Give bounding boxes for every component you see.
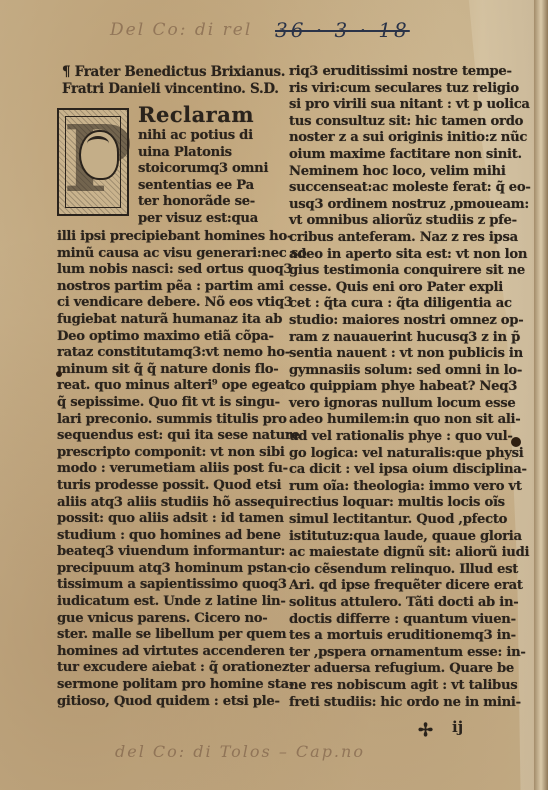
text-line: modo : verumetiam aliis post fu- bbox=[57, 461, 306, 478]
text-line: rum oĩa: theologia: immo vero vt bbox=[289, 479, 531, 496]
text-beside-initial: nihi ac potius di uina Platonis stoicoru… bbox=[138, 128, 268, 228]
text-line: riq3 eruditissimi nostre tempe- bbox=[289, 64, 531, 81]
text-line: succenseat:ac moleste ferat: q̃ eo- bbox=[289, 180, 531, 197]
text-line: cio cẽsendum relinquo. Illud est bbox=[289, 562, 531, 579]
page-edge bbox=[534, 0, 548, 790]
text-line: reat. quo minus alteri⁹ ope egeat bbox=[57, 378, 306, 395]
heading-line: ¶ Frater Benedictus Brixianus. bbox=[62, 64, 285, 81]
text-line: illi ipsi precipiebant homines ho- bbox=[57, 229, 306, 246]
text-line: si pro virili sua nitant : vt p uolica bbox=[289, 97, 531, 114]
text-line: stoicorumq3 omni bbox=[138, 161, 268, 178]
left-column-text: illi ipsi precipiebant homines ho- minũ … bbox=[57, 229, 306, 710]
text-line: istitutuz:qua laude, quaue gloria bbox=[289, 529, 531, 546]
text-line: fugiebat naturã humanaz ita ab bbox=[57, 312, 306, 329]
portrait-icon bbox=[79, 130, 119, 180]
text-line: per visuz est:qua bbox=[138, 211, 268, 228]
text-line: sermone politam pro homine sta- bbox=[57, 677, 306, 694]
text-line: sentia nauent : vt non publicis in bbox=[289, 346, 531, 363]
worm-hole bbox=[511, 437, 521, 447]
text-line: solitus attulero. Tãti docti ab in- bbox=[289, 595, 531, 612]
text-line: iudicatum est. Unde z latine lin- bbox=[57, 594, 306, 611]
text-line: gitioso, Quod quidem : etsi ple- bbox=[57, 694, 306, 711]
text-line: cet : q̃ta cura : q̃ta diligentia ac bbox=[289, 296, 531, 313]
text-line: ne res nobiscum agit : vt talibus bbox=[289, 678, 531, 695]
text-line: nostros partim pẽa : partim ami bbox=[57, 279, 306, 296]
text-line: ac maiestate dignũ sit: aliorũ iudi bbox=[289, 545, 531, 562]
text-line: turis prodesse possit. Quod etsi bbox=[57, 478, 306, 495]
text-line: doctis differre : quantum viuen- bbox=[289, 612, 531, 629]
text-line: minum sit q̃ q̃ nature donis flo- bbox=[57, 362, 306, 379]
heading-line: Fratri Danieli vincentino. S.D. bbox=[62, 81, 285, 98]
text-line: ci vendicare debere. Nõ eos vtiq3 bbox=[57, 295, 306, 312]
text-line: beateq3 viuendum informantur: bbox=[57, 544, 306, 561]
text-line: vt omnibus aliorũz studiis z pfe- bbox=[289, 213, 531, 230]
text-line: nihi ac potius di bbox=[138, 128, 268, 145]
text-line: ud vel rationalis phye : quo vul- bbox=[289, 429, 531, 446]
text-line: cribus anteferam. Naz z res ipsa bbox=[289, 230, 531, 247]
text-line: tus consultuz sit: hic tamen ordo bbox=[289, 114, 531, 131]
text-line: ris viri:cum seculares tuz religio bbox=[289, 81, 531, 98]
text-line: sententias ee Pa bbox=[138, 178, 268, 195]
text-line: ter aduersa refugium. Quare be bbox=[289, 661, 531, 678]
text-line: usq3 ordinem nostruz ,pmoueam: bbox=[289, 197, 531, 214]
text-line: Ari. qd ipse frequẽter dicere erat bbox=[289, 578, 531, 595]
text-line: gue vnicus parens. Cicero no- bbox=[57, 611, 306, 628]
cross-ornament-icon: ✢ bbox=[418, 720, 433, 741]
struck-shelfmark: 36 · 3 · 18 bbox=[275, 18, 410, 42]
text-line: prescripto componit: vt non sibi bbox=[57, 445, 306, 462]
bottom-handwritten-note: del Co: di Tolos – Cap.no bbox=[115, 742, 365, 761]
text-line: ter ,pspera ornamentum esse: in- bbox=[289, 645, 531, 662]
text-line: noster z a sui originis initio:z nũc bbox=[289, 130, 531, 147]
text-line: adeo in aperto sita est: vt non lon bbox=[289, 247, 531, 264]
text-line: studio: maiores nostri omnez op- bbox=[289, 313, 531, 330]
right-column-text: riq3 eruditissimi nostre tempe- ris viri… bbox=[289, 64, 531, 711]
text-line: tes a mortuis eruditionemq3 in- bbox=[289, 628, 531, 645]
text-line: sequendus est: qui ita sese nature bbox=[57, 428, 306, 445]
text-line: tissimum a sapientissimo quoq3 bbox=[57, 577, 306, 594]
opening-word: Reclaram bbox=[138, 103, 254, 127]
text-line: adeo humilem:in quo non sit ali- bbox=[289, 412, 531, 429]
text-line: oium maxime factitare non sinit. bbox=[289, 147, 531, 164]
text-line: ster. malle se libellum per quem bbox=[57, 627, 306, 644]
text-line: q̃ sepissime. Quo fit vt is singu- bbox=[57, 395, 306, 412]
text-line: rectius loquar: multis locis oĩs bbox=[289, 495, 531, 512]
letter-heading: ¶ Frater Benedictus Brixianus. Fratri Da… bbox=[62, 64, 285, 97]
text-line: co quippiam phye habeat? Neq3 bbox=[289, 379, 531, 396]
worm-hole bbox=[56, 371, 62, 377]
text-line: Deo optimo maximo etiã cõpa- bbox=[57, 329, 306, 346]
text-line: studium : quo homines ad bene bbox=[57, 528, 306, 545]
text-line: lum nobis nasci: sed ortus quoq3 bbox=[57, 262, 306, 279]
text-line: go logica: vel naturalis:que physi bbox=[289, 446, 531, 463]
text-line: aliis atq3 aliis studiis hõ assequi bbox=[57, 495, 306, 512]
text-line: gymnasiis solum: sed omni in lo- bbox=[289, 363, 531, 380]
text-line: Neminem hoc loco, velim mihi bbox=[289, 164, 531, 181]
historiated-initial: P bbox=[57, 108, 129, 216]
text-line: minũ causa ac visu generari:nec so bbox=[57, 246, 306, 263]
text-line: uina Platonis bbox=[138, 145, 268, 162]
text-line: vero ignoras nullum locum esse bbox=[289, 396, 531, 413]
top-handwritten-note: Del Co: di rel bbox=[110, 20, 252, 40]
text-line: ca dicit : vel ipsa oium disciplina- bbox=[289, 462, 531, 479]
text-line: cesse. Quis eni oro Pater expli bbox=[289, 280, 531, 297]
text-line: freti studiis: hic ordo ne in mini- bbox=[289, 695, 531, 712]
text-line: precipuum atq3 hominum pstan- bbox=[57, 561, 306, 578]
text-line: homines ad virtutes accenderen bbox=[57, 644, 306, 661]
text-line: tur excudere aiebat : q̃ orationez bbox=[57, 660, 306, 677]
text-line: possit: quo aliis adsit : id tamen bbox=[57, 511, 306, 528]
text-line: gius testimonia conquirere sit ne bbox=[289, 263, 531, 280]
text-line: rataz constitutamq3:vt nemo ho- bbox=[57, 345, 306, 362]
text-line: ram z nauauerint hucusq3 z in p̃ bbox=[289, 330, 531, 347]
text-line: lari preconio. summis titulis pro bbox=[57, 412, 306, 429]
signature-mark: ij bbox=[452, 718, 463, 736]
text-line: simul lectitantur. Quod ,pfecto bbox=[289, 512, 531, 529]
text-line: ter honorãde se- bbox=[138, 194, 268, 211]
